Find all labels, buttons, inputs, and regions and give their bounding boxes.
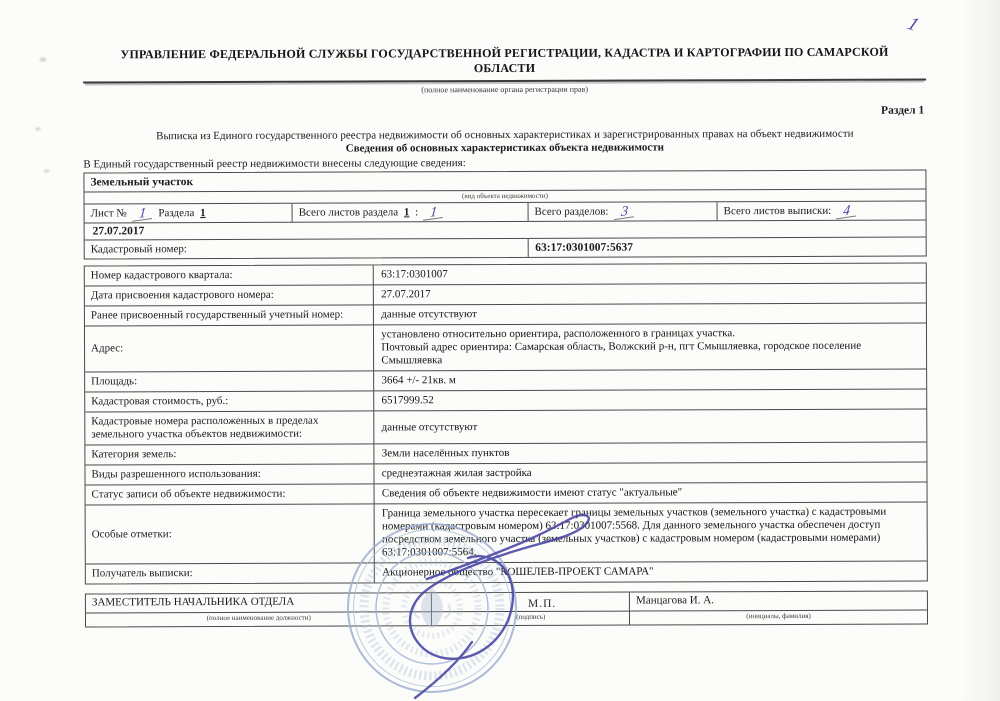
total-sections-cell: Всего разделов: 3 — [528, 202, 717, 221]
row-label: Кадастровые номера расположенных в преде… — [85, 411, 374, 444]
total-extract-sheets-label: Всего листов выписки: — [724, 205, 832, 217]
sheet-number-cell: Лист № 1 Раздела 1 — [85, 204, 293, 223]
table-row: Адрес: установлено относительно ориентир… — [85, 324, 926, 373]
section-word: Раздела — [158, 207, 194, 219]
document-content: УПРАВЛЕНИЕ ФЕДЕРАЛЬНОЙ СЛУЖБЫ ГОСУДАРСТВ… — [83, 45, 928, 628]
total-sections-label: Всего разделов: — [534, 206, 608, 218]
row-label: Адрес: — [85, 325, 374, 371]
row-value: 27.07.2017 — [374, 284, 926, 305]
handwritten-digit: 4 — [836, 204, 857, 219]
scan-artifact — [42, 168, 51, 174]
row-label: Кадастровая стоимость, руб.: — [85, 391, 374, 411]
handwritten-digit: 1 — [423, 206, 444, 221]
signatory-name: Манцагова И. А. — [630, 592, 927, 612]
row-value: 63:17:0301007 — [374, 264, 926, 285]
scan-artifact — [34, 126, 42, 132]
name-caption: (инициалы, фамилия) — [630, 611, 927, 625]
row-label: Статус записи об объекте недвижимости: — [86, 484, 375, 504]
signature-caption: (подпись) — [432, 612, 629, 626]
row-label: Категория земель: — [85, 444, 374, 464]
cadastral-number-row: Кадастровый номер: 63:17:0301007:5637 — [85, 238, 926, 259]
handwritten-page-number: 1 — [903, 14, 922, 37]
row-label: Номер кадастрового квартала: — [85, 265, 374, 285]
row-value: данные отсутствуют — [375, 410, 927, 444]
row-label: Особые отметки: — [86, 504, 375, 563]
cadastral-number-label: Кадастровый номер: — [85, 239, 529, 259]
row-value: среднеэтажная жилая застройка — [375, 463, 927, 484]
row-label: Ранее присвоенный государственный учетны… — [85, 305, 374, 325]
section-label: Раздел 1 — [83, 105, 926, 120]
handwritten-digit: 3 — [614, 205, 635, 220]
row-value: 3664 +/- 21кв. м — [374, 370, 926, 391]
position-column: ЗАМЕСТИТЕЛЬ НАЧАЛЬНИКА ОТДЕЛА (полное на… — [86, 593, 433, 626]
intro-line: В Единый государственный реестр недвижим… — [83, 156, 926, 171]
details-table: Номер кадастрового квартала: 63:17:03010… — [84, 263, 928, 585]
table-row: Кадастровые номера расположенных в преде… — [85, 410, 926, 446]
stamp-place-label: М.П. — [528, 598, 556, 610]
section-number: 1 — [200, 207, 206, 219]
row-value: 6517999.52 — [374, 390, 926, 411]
row-label: Получатель выписки: — [86, 563, 375, 583]
handwritten-digit: 1 — [132, 207, 153, 222]
row-value: данные отсутствуют — [374, 304, 926, 325]
total-extract-sheets-cell: Всего листов выписки: 4 — [718, 202, 926, 221]
section-number: 1 — [404, 206, 410, 218]
total-section-sheets-label: Всего листов раздела — [299, 206, 399, 218]
row-value: Граница земельного участка пересекает гр… — [375, 503, 927, 563]
row-label: Виды разрешенного использования: — [85, 464, 374, 484]
table-row: Особые отметки: Граница земельного участ… — [86, 503, 927, 565]
document-page: УПРАВЛЕНИЕ ФЕДЕРАЛЬНОЙ СЛУЖБЫ ГОСУДАРСТВ… — [0, 0, 1000, 701]
sheet-number-label: Лист № — [91, 207, 127, 219]
cadastral-number-value: 63:17:0301007:5637 — [528, 238, 925, 257]
table-row: Получатель выписки: Акционерное общество… — [86, 562, 927, 584]
row-value: установлено относительно ориентира, расп… — [374, 324, 926, 371]
position-title: ЗАМЕСТИТЕЛЬ НАЧАЛЬНИКА ОТДЕЛА — [86, 593, 432, 613]
org-name: УПРАВЛЕНИЕ ФЕДЕРАЛЬНОЙ СЛУЖБЫ ГОСУДАРСТВ… — [83, 45, 926, 84]
row-value: Земли населённых пунктов — [375, 443, 927, 464]
row-value: Акционерное общество "КОШЕЛЕВ-ПРОЕКТ САМ… — [375, 562, 927, 583]
org-caption: (полное наименование органа регистрации … — [83, 84, 926, 96]
row-label: Площадь: — [85, 371, 374, 391]
scan-artifact — [38, 56, 48, 63]
row-label: Дата присвоения кадастрового номера: — [85, 285, 374, 305]
colon: : — [415, 206, 418, 218]
position-caption: (полное наименование должности) — [86, 612, 432, 626]
row-value: Сведения об объекте недвижимости имеют с… — [375, 483, 927, 504]
total-section-sheets-cell: Всего листов раздела 1 : 1 — [293, 203, 529, 222]
name-column: Манцагова И. А. (инициалы, фамилия) — [630, 592, 927, 625]
doc-subtitle: Сведения об основных характеристиках объ… — [83, 141, 926, 156]
signature-block: ЗАМЕСТИТЕЛЬ НАЧАЛЬНИКА ОТДЕЛА (полное на… — [85, 591, 928, 628]
object-info-table: Земельный участок (вид объекта недвижимо… — [83, 170, 926, 260]
